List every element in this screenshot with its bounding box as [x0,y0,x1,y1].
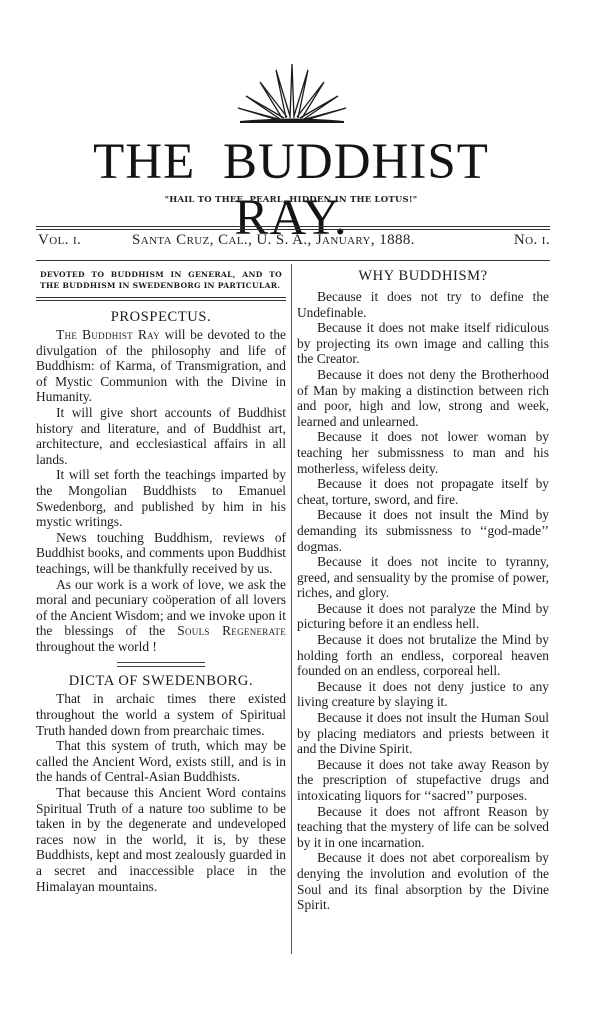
volume-label: Vol. i. [38,232,81,249]
reason-paragraph: Because it does not affront Reason by te… [297,804,549,851]
masthead-motto: "HAIL TO THEE, PEARL, HIDDEN IN THE LOTU… [36,195,546,205]
dicta-heading: DICTA OF SWEDENBORG. [36,673,286,690]
newspaper-page: THE BUDDHIST RAY. "HAIL TO THEE, PEARL, … [0,0,590,1024]
left-column: DEVOTED TO BUDDHISM IN GENERAL, AND TO T… [36,265,286,894]
devoted-statement: DEVOTED TO BUDDHISM IN GENERAL, AND TO T… [36,265,286,291]
reason-paragraph: Because it does not insult the Mind by d… [297,507,549,554]
prospectus-heading: PROSPECTUS. [36,309,286,326]
column-divider [291,264,292,954]
prospectus-paragraph: News touching Buddhism, reviews of Buddh… [36,530,286,577]
section-divider [117,662,205,667]
reason-paragraph: Because it does not try to define the Un… [297,289,549,320]
reason-paragraph: Because it does not make itself ridiculo… [297,320,549,367]
reason-paragraph: Because it does not take away Reason by … [297,757,549,804]
reason-paragraph: Because it does not paralyze the Mind by… [297,601,549,632]
dicta-paragraph: That in archaic times there existed thro… [36,691,286,738]
reason-paragraph: Because it does not deny justice to any … [297,679,549,710]
right-column: WHY BUDDHISM? Because it does not try to… [297,265,549,913]
why-buddhism-heading: WHY BUDDHISM? [297,268,549,285]
reason-paragraph: Because it does not deny the Brotherhood… [297,367,549,429]
reason-paragraph: Because it does not propagate itself by … [297,476,549,507]
reason-paragraph: Because it does not insult the Human Sou… [297,710,549,757]
devoted-rule-2 [36,300,286,301]
issue-number: No. i. [514,232,550,249]
top-rule [36,226,550,227]
prospectus-paragraph: It will give short accounts of Buddhist … [36,405,286,467]
sunburst-icon [236,62,348,124]
prospectus-paragraph: It will set forth the teachings imparted… [36,467,286,529]
reason-paragraph: Because it does not brutalize the Mind b… [297,632,549,679]
publication-name: The Buddhist Ray [56,327,160,342]
devoted-rule [36,297,286,298]
dicta-paragraph: That because this Ancient Word contains … [36,785,286,894]
reason-paragraph: Because it does not incite to tyranny, g… [297,554,549,601]
dicta-paragraph: That this system of truth, which may be … [36,738,286,785]
place-date: Santa Cruz, Cal., U. S. A., January, 188… [132,232,415,249]
dateline-bottom-rule [36,260,550,261]
prospectus-paragraph: As our work is a work of love, we ask th… [36,577,286,655]
reason-paragraph: Because it does not abet corporealism by… [297,850,549,912]
prospectus-paragraph: The Buddhist Ray will be devoted to the … [36,327,286,405]
reason-paragraph: Because it does not lower woman by teach… [297,429,549,476]
top-rule-2 [36,229,550,230]
